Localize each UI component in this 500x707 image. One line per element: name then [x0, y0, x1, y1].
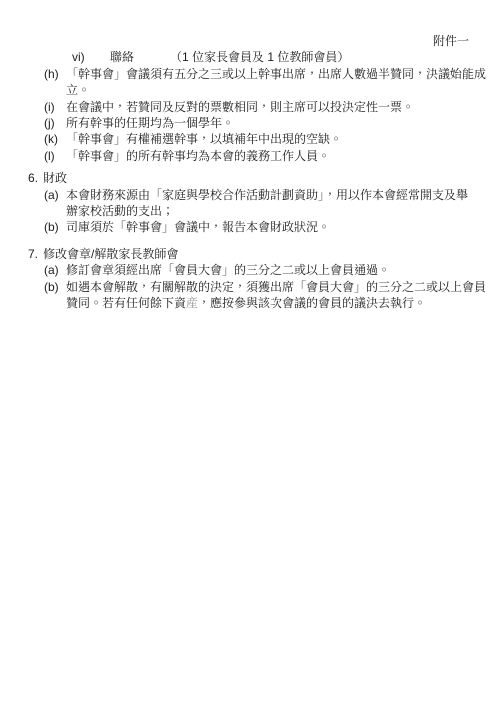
item-line: 「幹事會」的所有幹事均為本會的義務工作人員。	[66, 148, 500, 164]
section-header: 7.修改會章/解散家長教師會	[0, 246, 500, 262]
list-item-h: (h) 「幹事會」會議須有五分之三或以上幹事出席，出席人數過半贊同，決議始能成 …	[0, 66, 500, 99]
item-line: 贊同。若有任何餘下資産，應按參與該次會議的會員的議決去執行。	[66, 295, 500, 311]
list-item-k: (k) 「幹事會」有權補選幹事，以填補年中出現的空缺。	[0, 131, 500, 147]
item-line: 立。	[66, 82, 500, 98]
section-number: 6.	[28, 170, 43, 186]
item-line: 如遇本會解散，有關解散的決定，須獲出席「會員大會」的三分之二或以上會員	[66, 279, 500, 295]
item-label: (b)	[44, 279, 66, 295]
list-item-l: (l) 「幹事會」的所有幹事均為本會的義務工作人員。	[0, 148, 500, 164]
section-finance: 6.財政 (a) 本會財務來源由「家庭與學校合作活動計劃資助」，用以作本會經常開…	[0, 170, 500, 236]
sub-item-title: 聯絡	[110, 49, 170, 65]
line-segment: 贊同。若有任何餘下資	[66, 296, 186, 310]
section-title: 財政	[43, 171, 67, 185]
item-text: 修訂會章須經出席「會員大會」的三分之二或以上會員通過。	[66, 262, 500, 278]
sub-item-detail: （1 位家長會員及 1 位教師會員）	[170, 50, 349, 64]
list-item-7a: (a) 修訂會章須經出席「會員大會」的三分之二或以上會員通過。	[0, 262, 500, 278]
item-label: (l)	[44, 148, 66, 164]
item-line: 辦家校活動的支出；	[66, 203, 500, 219]
item-label: (k)	[44, 131, 66, 147]
item-label: (b)	[44, 219, 66, 235]
section-number: 7.	[28, 246, 43, 262]
list-item-i: (i) 在會議中，若贊同及反對的票數相同，則主席可以投決定性一票。	[0, 99, 500, 115]
item-line: 「幹事會」會議須有五分之三或以上幹事出席，出席人數過半贊同，決議始能成	[66, 66, 500, 82]
item-text: 所有幹事的任期均為一個學年。	[66, 115, 500, 131]
item-line: 修訂會章須經出席「會員大會」的三分之二或以上會員通過。	[66, 262, 500, 278]
list-item-6b: (b) 司庫須於「幹事會」會議中，報告本會財政狀況。	[0, 219, 500, 235]
list-item-7b: (b) 如遇本會解散，有關解散的決定，須獲出席「會員大會」的三分之二或以上會員 …	[0, 279, 500, 312]
list-item-j: (j) 所有幹事的任期均為一個學年。	[0, 115, 500, 131]
item-label: (h)	[44, 66, 66, 82]
item-line: 司庫須於「幹事會」會議中，報告本會財政狀況。	[66, 219, 500, 235]
item-line: 在會議中，若贊同及反對的票數相同，則主席可以投決定性一票。	[66, 99, 500, 115]
item-label: (a)	[44, 262, 66, 278]
item-line: 本會財務來源由「家庭與學校合作活動計劃資助」，用以作本會經常開支及舉	[66, 187, 500, 203]
section-amendment-dissolution: 7.修改會章/解散家長教師會 (a) 修訂會章須經出席「會員大會」的三分之二或以…	[0, 246, 500, 312]
list-item-6a: (a) 本會財務來源由「家庭與學校合作活動計劃資助」，用以作本會經常開支及舉 辦…	[0, 187, 500, 220]
item-label: (j)	[44, 115, 66, 131]
variant-char: 産	[186, 296, 198, 310]
section-title: 修改會章/解散家長教師會	[43, 247, 178, 261]
line-segment: ，應按參與該次會議的會員的議決去執行。	[198, 296, 426, 310]
item-line: 「幹事會」有權補選幹事，以填補年中出現的空缺。	[66, 131, 500, 147]
item-text: 「幹事會」的所有幹事均為本會的義務工作人員。	[66, 148, 500, 164]
annex-label: 附件一	[0, 33, 500, 49]
item-text: 本會財務來源由「家庭與學校合作活動計劃資助」，用以作本會經常開支及舉 辦家校活動…	[66, 187, 500, 220]
item-label: (a)	[44, 187, 66, 203]
item-text: 「幹事會」有權補選幹事，以填補年中出現的空缺。	[66, 131, 500, 147]
sub-item-vi: vi)聯絡（1 位家長會員及 1 位教師會員）	[0, 49, 500, 65]
item-text: 司庫須於「幹事會」會議中，報告本會財政狀況。	[66, 219, 500, 235]
sub-item-number: vi)	[72, 49, 110, 65]
item-line: 所有幹事的任期均為一個學年。	[66, 115, 500, 131]
document-page: 附件一 vi)聯絡（1 位家長會員及 1 位教師會員） (h) 「幹事會」會議須…	[0, 0, 500, 707]
item-text: 「幹事會」會議須有五分之三或以上幹事出席，出席人數過半贊同，決議始能成 立。	[66, 66, 500, 99]
item-text: 如遇本會解散，有關解散的決定，須獲出席「會員大會」的三分之二或以上會員 贊同。若…	[66, 279, 500, 312]
item-label: (i)	[44, 99, 66, 115]
item-text: 在會議中，若贊同及反對的票數相同，則主席可以投決定性一票。	[66, 99, 500, 115]
section-header: 6.財政	[0, 170, 500, 186]
